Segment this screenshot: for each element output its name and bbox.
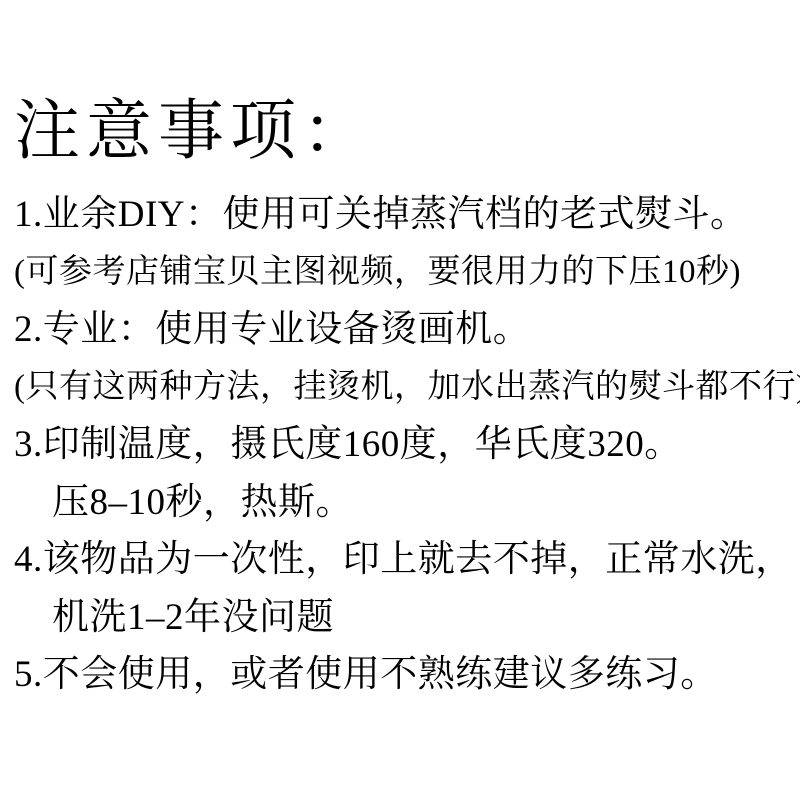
notice-line-3-continuation: 压8–10秒，热斯。 bbox=[14, 474, 792, 532]
notice-line-3: 3.印制温度，摄氏度160度，华氏度320。 bbox=[14, 416, 792, 474]
notice-line-4-continuation: 机洗1–2年没问题 bbox=[14, 589, 792, 647]
notice-document: 注意事项： 1.业余DIY：使用可关掉蒸汽档的老式熨斗。 (可参考店铺宝贝主图视… bbox=[0, 0, 800, 800]
notice-title: 注意事项： bbox=[14, 84, 792, 180]
notice-line-5: 5.不会使用，或者使用不熟练建议多练习。 bbox=[14, 646, 792, 704]
notice-line-2-note: (只有这两种方法，挂烫机，加水出蒸汽的熨斗都不行) bbox=[14, 359, 792, 417]
notice-line-2: 2.专业：使用专业设备烫画机。 bbox=[14, 301, 792, 359]
notice-line-4: 4.该物品为一次性，印上就去不掉，正常水洗， bbox=[14, 531, 792, 589]
notice-line-1-note: (可参考店铺宝贝主图视频，要很用力的下压10秒) bbox=[14, 244, 792, 302]
notice-line-1: 1.业余DIY：使用可关掉蒸汽档的老式熨斗。 bbox=[14, 186, 792, 244]
